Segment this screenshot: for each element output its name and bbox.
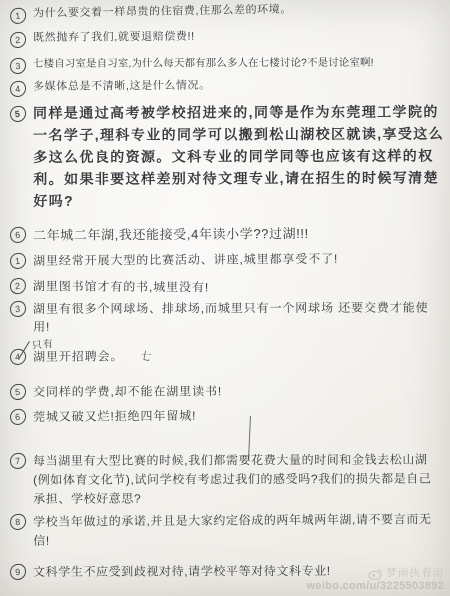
note-item: 2 既然抛弃了我们,就要退赔偿费!! [10, 28, 436, 46]
note-text: 湖里图书馆才有的书,城里没有! [33, 279, 209, 294]
note-text: 既然抛弃了我们,就要退赔偿费!! [33, 31, 195, 44]
item-number-badge: 4 [9, 80, 26, 97]
note-text: 七楼自习室是自习室,为什么每天都有那么多人在七楼讨论?不是讨论室啊! [33, 57, 374, 70]
note-text: 二年城二年湖,我还能接受,4年读小学??过湖!!! [33, 226, 309, 243]
weibo-watermark: 梦雨执着雨 weibo.com/u/3225503892 [307, 567, 444, 593]
note-text: 文科学生不应受到歧视对待,请学校平等对待文科专业! [33, 564, 331, 579]
note-item: 5 交同样的学费,却不能在湖里读书! [10, 381, 442, 401]
inserted-correction-text: 只有 [31, 336, 55, 356]
item-number-badge: 2 [9, 31, 26, 48]
note-item: 1 为什么要交着一样昂贵的住宿费,住那么差的环境。 [10, 0, 436, 22]
note-item: 3 七楼自习室是自习室,为什么每天都有那么多人在七楼讨论?不是讨论室啊! [10, 55, 446, 71]
item-number-badge: 7 [9, 452, 26, 469]
item-number-badge: 8 [9, 513, 26, 530]
watermark-username: 梦雨执着雨 [387, 567, 445, 580]
note-text: 莞城又破又烂!拒绝四年留城! [33, 409, 196, 424]
note-text: 为什么要交着一样昂贵的住宿费,住那么差的环境。 [33, 4, 292, 20]
note-item: 9 文科学生不应受到歧视对待,请学校平等对待文科专业! [10, 562, 342, 582]
item-number-badge: 3 [9, 57, 26, 74]
note-text: 每当湖里有大型比赛的时候,我们都需要花费大量的时间和金钱去松山湖(例如体育文化节… [33, 453, 432, 506]
weibo-logo-icon [368, 567, 383, 580]
note-item: 7 每当湖里有大型比赛的时候,我们都需要花费大量的时间和金钱去松山湖(例如体育文… [10, 450, 440, 509]
item-number-badge: 2 [9, 277, 26, 294]
note-item: 6 二年城二年湖,我还能接受,4年读小学??过湖!!! [10, 223, 440, 245]
note-item: 2 湖里图书馆才有的书,城里没有! [10, 277, 442, 298]
note-item: 4 多媒体总是不清晰,这是什么情况。 [10, 77, 436, 95]
note-text: 交同样的学费,却不能在湖里读书! [33, 384, 222, 399]
note-item: 5 同样是通过高考被学校招进来的,同等是作为东莞理工学院的一名学子,理科专业的同… [10, 100, 444, 212]
item-number-badge: 5 [9, 383, 26, 400]
note-item: 6 莞城又破又烂!拒绝四年留城! [10, 405, 442, 426]
item-number-badge: 6 [9, 408, 26, 425]
item-number-badge: 6 [9, 226, 26, 243]
item-number-badge: 1 [9, 7, 27, 25]
item-number-badge: 1 [9, 252, 26, 269]
note-item: 8 学校当年做过的承诺,并且是大家约定俗成的两年城两年湖,请不要言而无信! [10, 510, 440, 551]
note-text: 同样是通过高考被学校招进来的,同等是作为东莞理工学院的一名学子,理科专业的同学可… [33, 104, 444, 209]
watermark-url: weibo.com/u/3225503892 [307, 580, 444, 593]
note-item: 3 湖里有很多个网球场、排球场,而城里只有一个网球场 还要交费才能使用! [10, 298, 442, 336]
item-number-badge: 5 [9, 105, 26, 122]
scribble-mark: 七 [138, 347, 153, 367]
item-number-badge: 3 [9, 300, 26, 317]
note-text: 湖里经常开展大型的比赛活动、讲座,城里都享受不了! [33, 252, 338, 268]
item-number-badge: 9 [9, 563, 26, 580]
note-item: 1 湖里经常开展大型的比赛活动、讲座,城里都享受不了! [10, 249, 442, 270]
note-text: 学校当年做过的承诺,并且是大家约定俗成的两年城两年湖,请不要言而无信! [33, 512, 432, 548]
note-text: 湖里有很多个网球场、排球场,而城里只有一个网球场 还要交费才能使用! [33, 301, 429, 334]
note-item: 4 只有 湖里开招聘会。 七 [10, 345, 442, 367]
handwritten-note-photo: 1 为什么要交着一样昂贵的住宿费,住那么差的环境。 2 既然抛弃了我们,就要退赔… [0, 0, 450, 596]
note-text: 多媒体总是不清晰,这是什么情况。 [33, 80, 211, 93]
